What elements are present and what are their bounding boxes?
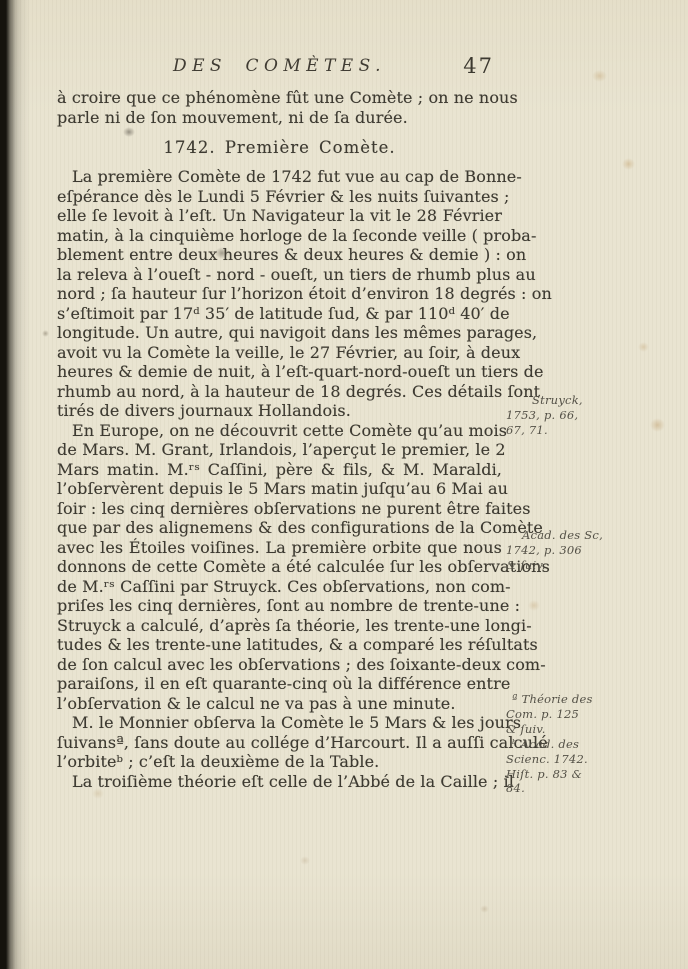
- margin-notes: Struyck,1753, p. 66,67, 71.Acad. des Sc,…: [506, 0, 632, 969]
- text-line: elle ſe levoit à l’eſt. Un Navigateur la…: [57, 206, 502, 226]
- text-column: à croire que ce phénomène fût une Comète…: [57, 88, 502, 791]
- text-line: Mars matin. M.ʳˢ Caſſini, père & fils, &…: [57, 460, 502, 480]
- foxing-spot: [480, 905, 489, 913]
- text-line: tudes & les trente-une latitudes, & a co…: [57, 635, 502, 655]
- text-line: En Europe, on ne découvrit cette Comète …: [57, 421, 502, 441]
- margin-note-line: & ſuiv.: [506, 558, 632, 573]
- text-line: nord ; ſa hauteur ſur l’horizon étoit d’…: [57, 284, 502, 304]
- page-left-scan-edge: [0, 0, 30, 969]
- text-line: tirés de divers journaux Hollandois.: [57, 401, 502, 421]
- margin-note: Acad. des Sc,1742, p. 306& ſuiv.: [506, 528, 632, 572]
- margin-note-line: & ſuiv.: [506, 722, 632, 737]
- margin-note-line: ᵇ Acad. des: [506, 737, 632, 752]
- text-line: que par des alignemens & des configurati…: [57, 518, 502, 538]
- text-line: longitude. Un autre, qui navigoit dans l…: [57, 323, 502, 343]
- text-line: priſes les cinq dernières, ſont au nombr…: [57, 596, 502, 616]
- text-line: La première Comète de 1742 fut vue au ca…: [57, 167, 502, 187]
- page-number: 47: [463, 54, 494, 78]
- foxing-spot: [638, 342, 649, 352]
- foxing-spot: [650, 418, 665, 432]
- text-line: de Mars. M. Grant, Irlandois, l’aperçut …: [57, 440, 502, 460]
- paragraph: M. le Monnier obſerva la Comète le 5 Mar…: [57, 713, 502, 772]
- text-line: matin, à la cinquième horloge de la ſeco…: [57, 226, 502, 246]
- margin-note-line: 84.: [506, 781, 632, 796]
- margin-note-line: Hiſt. p. 83 &: [506, 767, 632, 782]
- margin-note-line: Scienc. 1742.: [506, 752, 632, 767]
- text-line: La troiſième théorie eſt celle de l’Abbé…: [57, 772, 502, 792]
- margin-note-line: Com. p. 125: [506, 707, 632, 722]
- text-line: heures & demie de nuit, à l’eſt-quart-no…: [57, 362, 502, 382]
- text-line: ſoir : les cinq dernières obſervations n…: [57, 499, 502, 519]
- running-title: DES COMÈTES.: [57, 56, 502, 76]
- text-line: Struyck a calculé, d’après ſa théorie, l…: [57, 616, 502, 636]
- book-page-scan: DES COMÈTES. 47 à croire que ce phénomèn…: [0, 0, 688, 969]
- ink-smudge: [42, 330, 49, 337]
- margin-note: Struyck,1753, p. 66,67, 71.: [506, 393, 632, 437]
- text-line: ſuivansª, ſans doute au collége d’Harcou…: [57, 733, 502, 753]
- text-line: avoit vu la Comète la veille, le 27 Févr…: [57, 343, 502, 363]
- text-line: de ſon calcul avec les obſervations ; de…: [57, 655, 502, 675]
- text-line: eſpérance dès le Lundi 5 Février & les n…: [57, 187, 502, 207]
- margin-note-line: 1753, p. 66,: [506, 408, 632, 423]
- text-line: l’obſervation & le calcul ne va pas à un…: [57, 694, 502, 714]
- paragraph: La première Comète de 1742 fut vue au ca…: [57, 167, 502, 421]
- text-line: l’obſervèrent depuis le 5 Mars matin juſ…: [57, 479, 502, 499]
- margin-note-line: 67, 71.: [506, 423, 632, 438]
- paragraph: La troiſième théorie eſt celle de l’Abbé…: [57, 772, 502, 792]
- text-line: blement entre deux heures & deux heures …: [57, 245, 502, 265]
- text-line: paraiſons, il en eſt quarante-cinq où la…: [57, 674, 502, 694]
- text-line: la releva à l’oueſt - nord - oueſt, un t…: [57, 265, 502, 285]
- foxing-spot: [300, 856, 310, 865]
- section-heading: 1742. Première Comète.: [57, 138, 502, 160]
- text-line: rhumb au nord, à la hauteur de 18 degrés…: [57, 382, 502, 402]
- text-line: l’orbiteᵇ ; c’eſt la deuxième de la Tabl…: [57, 752, 502, 772]
- text-line: M. le Monnier obſerva la Comète le 5 Mar…: [57, 713, 502, 733]
- text-line: s’eſtimoit par 17ᵈ 35′ de latitude ſud, …: [57, 304, 502, 324]
- margin-note-line: ª Théorie des: [506, 692, 632, 707]
- running-head: DES COMÈTES. 47: [57, 54, 502, 80]
- text-line: donnons de cette Comète a été calculée ſ…: [57, 557, 502, 577]
- paragraph: En Europe, on ne découvrit cette Comète …: [57, 421, 502, 714]
- text-line: avec les Étoiles voiſines. La première o…: [57, 538, 502, 558]
- text-line: parle ni de ſon mouvement, ni de ſa duré…: [57, 108, 502, 128]
- intro-paragraph: à croire que ce phénomène fût une Comète…: [57, 88, 502, 127]
- text-line: à croire que ce phénomène fût une Comète…: [57, 88, 502, 108]
- margin-note-line: Acad. des Sc,: [506, 528, 632, 543]
- body-paragraphs: La première Comète de 1742 fut vue au ca…: [57, 167, 502, 791]
- margin-note-line: 1742, p. 306: [506, 543, 632, 558]
- margin-note: ª Théorie desCom. p. 125& ſuiv.: [506, 692, 632, 736]
- margin-note: ᵇ Acad. desScienc. 1742.Hiſt. p. 83 &84.: [506, 737, 632, 796]
- margin-note-line: Struyck,: [506, 393, 632, 408]
- text-line: de M.ʳˢ Caſſini par Struyck. Ces obſerva…: [57, 577, 502, 597]
